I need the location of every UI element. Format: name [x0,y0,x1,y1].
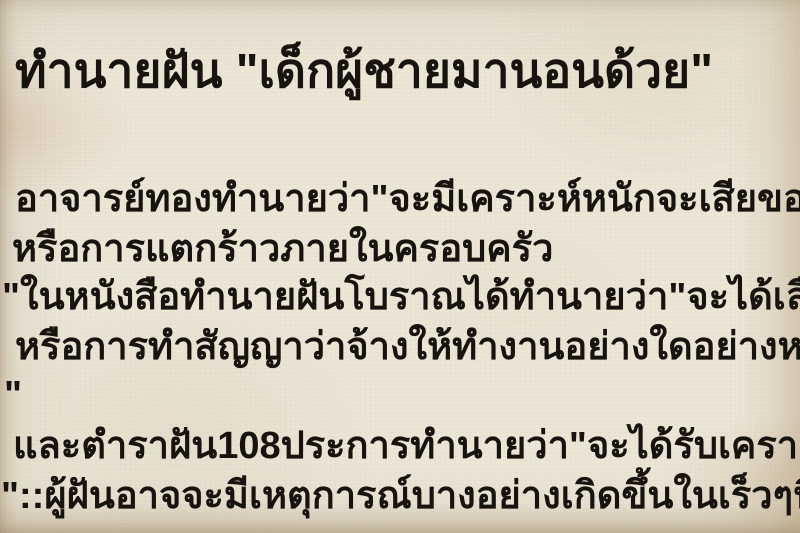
interpretation-line: หรือการแตกร้าวภายในครอบครัว [12,226,553,272]
interpretation-line: " [4,372,22,418]
dream-interpretation-page: ทำนายฝัน "เด็กผู้ชายมานอนด้วย" อาจารย์ทอ… [0,0,800,533]
page-title: ทำนายฝัน "เด็กผู้ชายมานอนด้วย" [15,44,713,100]
interpretation-line: และตำราฝัน108ประการทำนายว่า"จะได้รับเครา… [13,423,800,469]
interpretation-line: "::ผู้ฝันอาจจะมีเหตุการณ์บางอย่างเกิดขึ้… [1,473,800,519]
interpretation-line: หรือการทำสัญญาว่าจ้างให้ทำงานอย่างใดอย่า… [15,324,800,370]
interpretation-line: "ในหนังสือทำนายฝันโบราณได้ทำนายว่า"จะได้… [2,274,800,320]
interpretation-line: อาจารย์ทองทำนายว่า"จะมีเคราะห์หนักจะเสีย… [15,176,800,222]
